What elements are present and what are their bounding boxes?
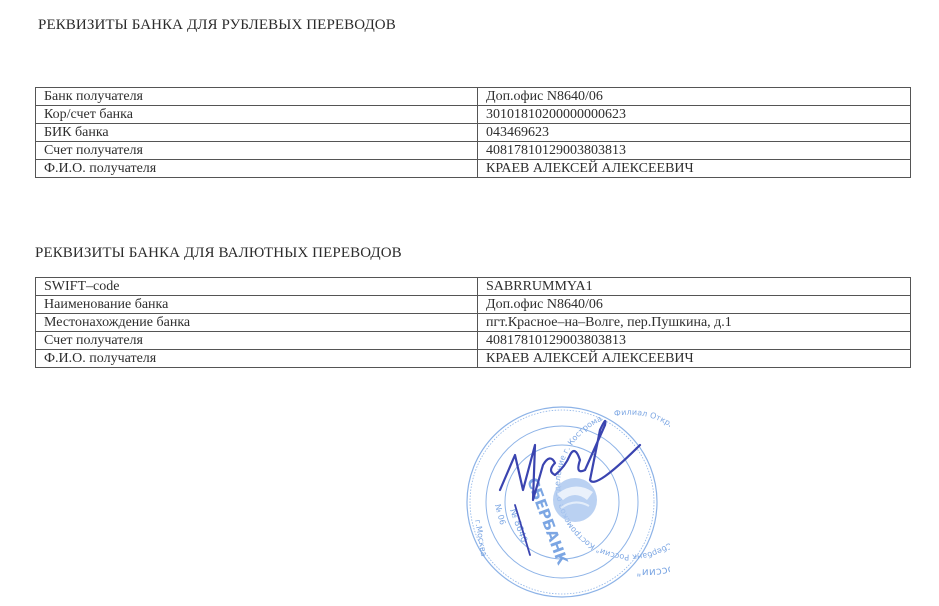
row-label: Банк получателя [36, 88, 478, 106]
table-row: Ф.И.О. получателя КРАЕВ АЛЕКСЕЙ АЛЕКСЕЕВ… [36, 350, 911, 368]
row-value: 043469623 [478, 124, 911, 142]
sberbank-logo-icon [553, 478, 597, 522]
table-row: Местонахождение банка пгт.Красное–на–Вол… [36, 314, 911, 332]
row-label: БИК банка [36, 124, 478, 142]
row-label: Счет получателя [36, 332, 478, 350]
row-value: 30101810200000000623 [478, 106, 911, 124]
row-label: Наименование банка [36, 296, 478, 314]
row-label: Ф.И.О. получателя [36, 160, 478, 178]
table-row: Счет получателя 40817810129003803813 [36, 142, 911, 160]
row-value: 40817810129003803813 [478, 142, 911, 160]
row-value: пгт.Красное–на–Волге, пер.Пушкина, д.1 [478, 314, 911, 332]
row-label: Ф.И.О. получателя [36, 350, 478, 368]
row-label: SWIFT–code [36, 278, 478, 296]
bank-stamp: Открытое акционерное общество "Сбербанк … [455, 405, 670, 600]
ruble-transfer-heading: РЕКВИЗИТЫ БАНКА ДЛЯ РУБЛЕВЫХ ПЕРЕВОДОВ [38, 17, 396, 34]
ruble-requisites-table: Банк получателя Доп.офис N8640/06 Кор/сч… [35, 87, 911, 178]
table-row: Кор/счет банка 30101810200000000623 [36, 106, 911, 124]
row-label: Местонахождение банка [36, 314, 478, 332]
currency-requisites-table: SWIFT–code SABRRUMMYA1 Наименование банк… [35, 277, 911, 368]
row-value: Доп.офис N8640/06 [478, 88, 911, 106]
row-label: Кор/счет банка [36, 106, 478, 124]
row-label: Счет получателя [36, 142, 478, 160]
row-value: 40817810129003803813 [478, 332, 911, 350]
row-value: SABRRUMMYA1 [478, 278, 911, 296]
currency-transfer-heading: РЕКВИЗИТЫ БАНКА ДЛЯ ВАЛЮТНЫХ ПЕРЕВОДОВ [35, 245, 402, 262]
table-row: БИК банка 043469623 [36, 124, 911, 142]
table-row: SWIFT–code SABRRUMMYA1 [36, 278, 911, 296]
row-value: Доп.офис N8640/06 [478, 296, 911, 314]
stamp-city: г.Москва [473, 519, 488, 557]
row-value: КРАЕВ АЛЕКСЕЙ АЛЕКСЕЕВИЧ [478, 160, 911, 178]
table-row: Ф.И.О. получателя КРАЕВ АЛЕКСЕЙ АЛЕКСЕЕВ… [36, 160, 911, 178]
table-row: Счет получателя 40817810129003803813 [36, 332, 911, 350]
table-row: Банк получателя Доп.офис N8640/06 [36, 88, 911, 106]
table-row: Наименование банка Доп.офис N8640/06 [36, 296, 911, 314]
row-value: КРАЕВ АЛЕКСЕЙ АЛЕКСЕЕВИЧ [478, 350, 911, 368]
